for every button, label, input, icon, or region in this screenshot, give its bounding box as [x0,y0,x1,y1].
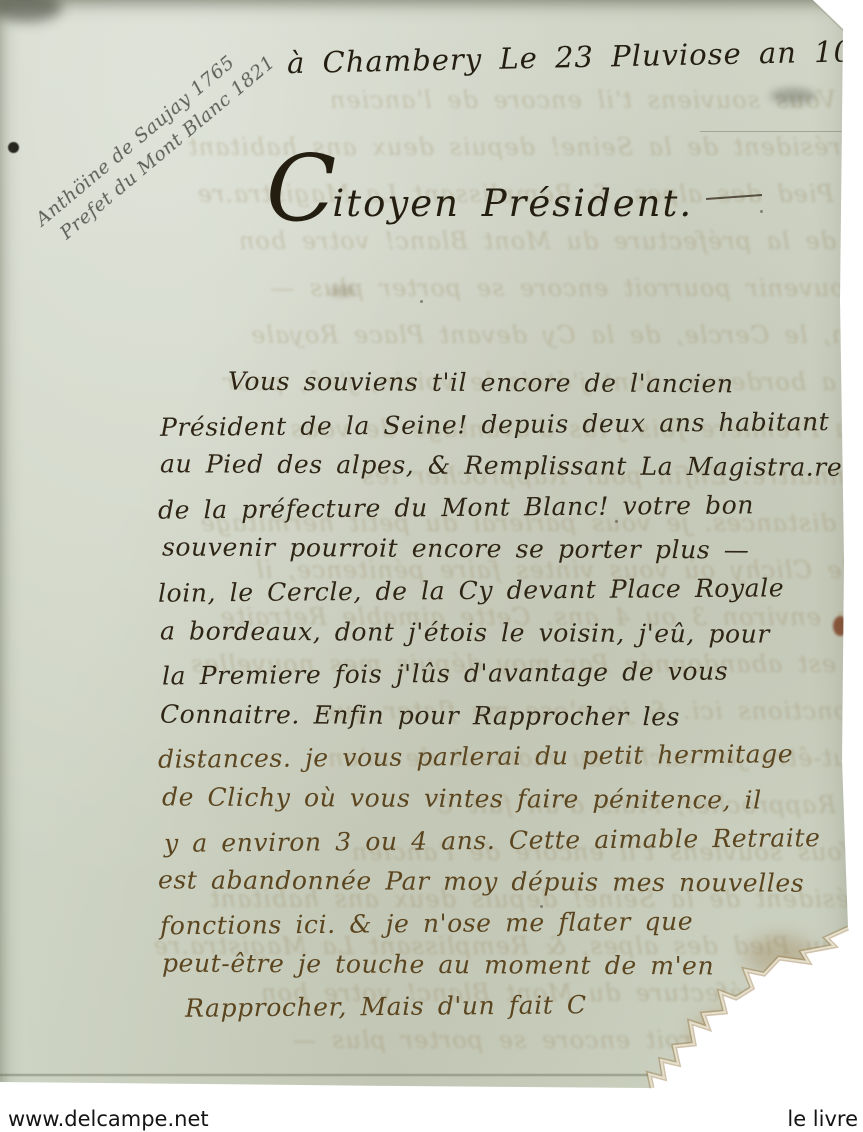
letter-body-line: au Pied des alpes, & Remplissant La Magi… [160,449,842,482]
fox-spot-stain [330,285,356,297]
letter-paper-sheet: Vous souviens t'il encore de l'ancienPré… [0,0,863,1132]
fold-crease [700,131,848,132]
letter-body-line: de la préfecture du Mont Blanc! votre bo… [158,490,754,524]
bleedthrough-line: de la préfecture du Mont Blanc! votre bo… [6,227,836,261]
letter-body-line: est abandonnée Par moy dépuis mes nouvel… [158,865,804,897]
corner-smudge-stain [0,0,62,22]
letter-body-line: Connaitre. Enfin pour Rapprocher les [160,699,680,731]
letter-salutation: C itoyen Président. [266,150,693,228]
pencil-annotation-line: Prefet du Mont Blanc 1821 [54,50,280,246]
letter-body-line: distances. je vous parlerai du petit her… [158,740,793,775]
watermark-label: le livre [787,1107,858,1131]
letter-body-line: Vous souviens t'il encore de l'ancien [228,367,734,399]
top-right-smudge [770,88,816,104]
tear-stain [745,935,815,975]
letter-body-line: a bordeaux, dont j'étois le voisin, j'eû… [160,616,770,648]
salutation-initial: C [266,150,336,228]
letter-body-line: Rapprocher, Mais d'un fait C [185,990,587,1023]
salutation-flourish [706,194,762,200]
bleedthrough-line: Vous souviens t'il encore de l'ancien [6,86,836,120]
letter-body-line: loin, le Cercle, de la Cy devant Place R… [158,573,784,607]
pencil-annotation-line: Anthöine de Saujay 1765 [30,30,264,232]
fold-crease [0,1074,652,1076]
letter-body-line: la Premiere fois j'lûs d'avantage de vou… [162,657,728,691]
watermark-bar: www.delcampe.net le livre [8,1101,858,1131]
letter-body-line: y a environ 3 ou 4 ans. Cette aimable Re… [164,823,821,858]
letter-body-line: fonctions ici. & je n'ose me flater que [160,906,693,940]
bleedthrough-line: loin, le Cercle, de la Cy devant Place R… [50,321,863,355]
watermark-site: www.delcampe.net [8,1107,209,1131]
bleedthrough-line: souvenir pourroit encore se porter plus … [28,274,858,308]
letter-body-line: peut-être je touche au moment de m'en [162,949,714,981]
pencil-annotation: Anthöine de Saujay 1765 Prefet du Mont B… [30,30,281,252]
letter-dateline: à Chambery Le 23 Pluviose an 10./ [287,34,863,80]
salutation-text: itoyen Président. [332,182,693,225]
letter-body-line: souvenir pourroit encore se porter plus … [162,533,750,565]
paper-speck [420,300,423,303]
bleedthrough-line: souvenir pourroit encore se porter plus … [50,1026,863,1060]
letter-body-line: Président de la Seine! depuis deux ans h… [160,407,830,442]
scanned-letter-page: Vous souviens t'il encore de l'ancienPré… [0,0,863,1132]
paper-speck [760,210,763,213]
ink-blot [8,142,19,153]
tear-stain [690,1010,785,1065]
letter-body-line: de Clichy où vous vintes faire pénitence… [162,782,762,814]
wax-spot-stain [833,616,848,636]
